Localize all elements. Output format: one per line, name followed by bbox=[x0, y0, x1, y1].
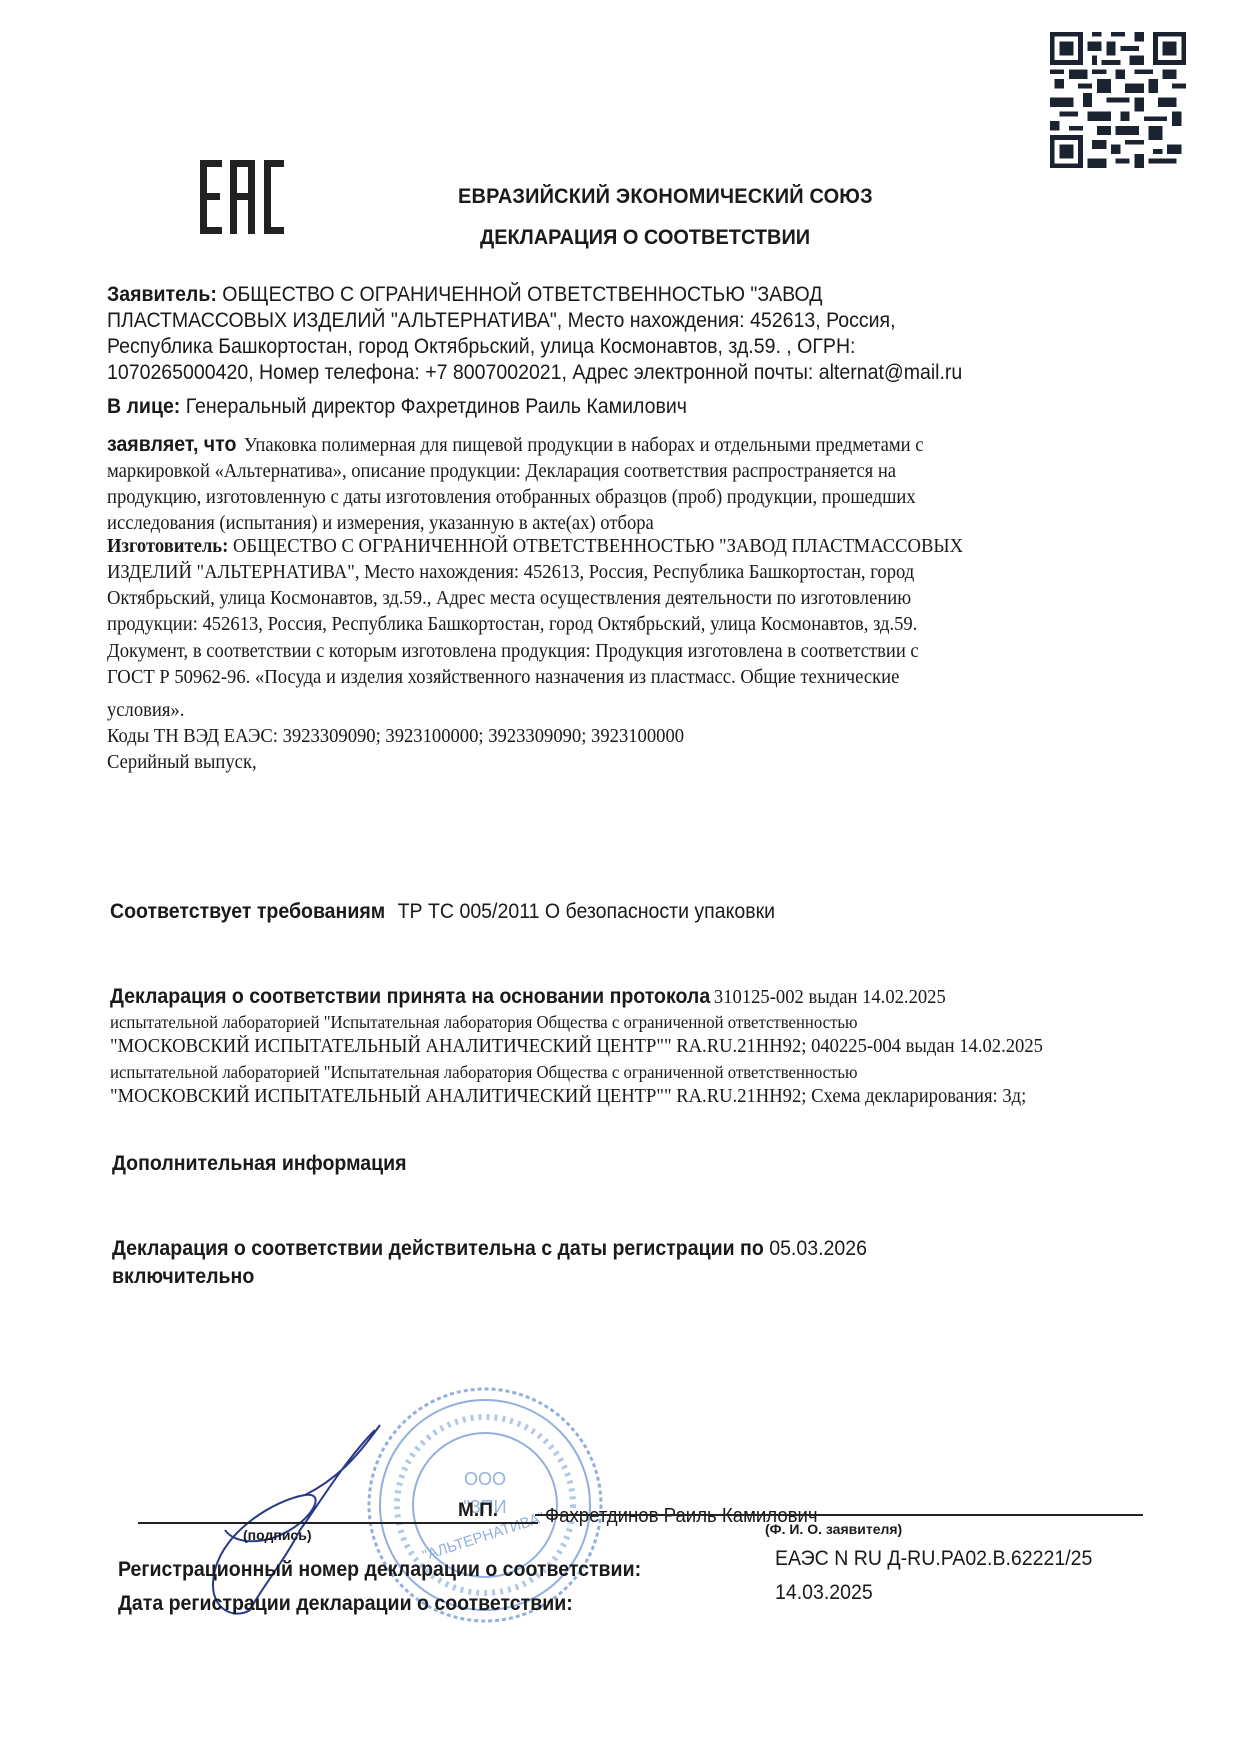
manufacturer-line-6: ГОСТ Р 50962-96. «Посуда и изделия хозяй… bbox=[107, 666, 899, 689]
basis-line-5: "МОСКОВСКИЙ ИСПЫТАТЕЛЬНЫЙ АНАЛИТИЧЕСКИЙ … bbox=[110, 1085, 1026, 1108]
applicant-line-2: ПЛАСТМАССОВЫХ ИЗДЕЛИЙ "АЛЬТЕРНАТИВА", Ме… bbox=[107, 309, 896, 333]
basis-line-1: Декларация о соответствии принята на осн… bbox=[110, 985, 946, 1009]
document-title: ДЕКЛАРАЦИЯ О СООТВЕТСТВИИ bbox=[480, 226, 810, 250]
registration-number-label: Регистрационный номер декларации о соотв… bbox=[118, 1558, 641, 1582]
basis-line-3: "МОСКОВСКИЙ ИСПЫТАТЕЛЬНЫЙ АНАЛИТИЧЕСКИЙ … bbox=[110, 1035, 1043, 1058]
signature-caption: (подпись) bbox=[243, 1527, 312, 1543]
compliance-label: Соответствует требованиям bbox=[110, 900, 385, 923]
declares-text: Упаковка полимерная для пищевой продукци… bbox=[244, 434, 924, 456]
compliance: Соответствует требованиям ТР ТС 005/2011… bbox=[110, 900, 775, 924]
basis-line-4: испытательной лабораторией "Испытательна… bbox=[110, 1062, 858, 1083]
declares-line-2: маркировкой «Альтернатива», описание про… bbox=[107, 460, 896, 483]
additional-info-label: Дополнительная информация bbox=[112, 1152, 407, 1176]
union-title: ЕВРАЗИЙСКИЙ ЭКОНОМИЧЕСКИЙ СОЮЗ bbox=[458, 185, 873, 209]
declares-line-1: заявляет, что Упаковка полимерная для пи… bbox=[107, 433, 923, 457]
applicant-line-3: Республика Башкортостан, город Октябрьск… bbox=[107, 335, 855, 359]
declares-label: заявляет, что bbox=[107, 433, 236, 456]
manufacturer-text: ОБЩЕСТВО С ОГРАНИЧЕННОЙ ОТВЕТСТВЕННОСТЬЮ… bbox=[233, 535, 963, 557]
declares-line-4: исследования (испытания) и измерения, ук… bbox=[107, 512, 654, 535]
registration-date-label: Дата регистрации декларации о соответств… bbox=[118, 1592, 573, 1616]
eac-mark-icon bbox=[200, 160, 284, 234]
registration-number-value: ЕАЭС N RU Д-RU.PA02.B.62221/25 bbox=[775, 1547, 1092, 1571]
manufacturer-line-7: условия». bbox=[107, 699, 184, 722]
represented-by-value: Генеральный директор Фахретдинов Раиль К… bbox=[186, 395, 687, 418]
name-caption: (Ф. И. О. заявителя) bbox=[765, 1521, 902, 1537]
signature-icon bbox=[165, 1420, 495, 1620]
applicant-line-1: Заявитель: ОБЩЕСТВО С ОГРАНИЧЕННОЙ ОТВЕТ… bbox=[107, 283, 823, 307]
registration-date-value: 14.03.2025 bbox=[775, 1581, 873, 1605]
signature-line bbox=[138, 1522, 538, 1524]
manufacturer-line-2: ИЗДЕЛИЙ "АЛЬТЕРНАТИВА", Место нахождения… bbox=[107, 561, 914, 584]
manufacturer-line-4: продукции: 452613, Россия, Республика Ба… bbox=[107, 613, 917, 636]
serial-production: Серийный выпуск, bbox=[107, 751, 257, 774]
stamp-label: М.П. bbox=[458, 1500, 498, 1522]
manufacturer-line-5: Документ, в соответствии с которым изгот… bbox=[107, 640, 919, 663]
validity-date: 05.03.2026 bbox=[769, 1237, 867, 1260]
basis-line-2: испытательной лабораторией "Испытательна… bbox=[110, 1012, 858, 1033]
represented-by: В лице: Генеральный директор Фахретдинов… bbox=[107, 395, 687, 419]
validity-line-1: Декларация о соответствии действительна … bbox=[112, 1237, 867, 1261]
name-line bbox=[535, 1514, 1143, 1516]
manufacturer-line-1: Изготовитель: ОБЩЕСТВО С ОГРАНИЧЕННОЙ ОТ… bbox=[107, 535, 963, 558]
represented-by-label: В лице: bbox=[107, 395, 180, 418]
declares-line-3: продукцию, изготовленную с даты изготовл… bbox=[107, 486, 916, 509]
manufacturer-label: Изготовитель: bbox=[107, 535, 228, 557]
applicant-line-4: 1070265000420, Номер телефона: +7 800700… bbox=[107, 361, 962, 385]
qr-code-icon bbox=[1050, 32, 1186, 168]
applicant-label: Заявитель: bbox=[107, 283, 217, 306]
applicant-text: ОБЩЕСТВО С ОГРАНИЧЕННОЙ ОТВЕТСТВЕННОСТЬЮ… bbox=[222, 283, 822, 306]
compliance-value: ТР ТС 005/2011 О безопасности упаковки bbox=[398, 900, 775, 923]
validity-label: Декларация о соответствии действительна … bbox=[112, 1237, 764, 1260]
basis-first-value: 310125-002 выдан 14.02.2025 bbox=[714, 986, 946, 1008]
manufacturer-line-3: Октябрьский, улица Космонавтов, зд.59., … bbox=[107, 587, 911, 610]
hs-codes: Коды ТН ВЭД ЕАЭС: 3923309090; 3923100000… bbox=[107, 725, 684, 748]
basis-label: Декларация о соответствии принята на осн… bbox=[110, 985, 710, 1008]
validity-suffix: включительно bbox=[112, 1265, 254, 1289]
